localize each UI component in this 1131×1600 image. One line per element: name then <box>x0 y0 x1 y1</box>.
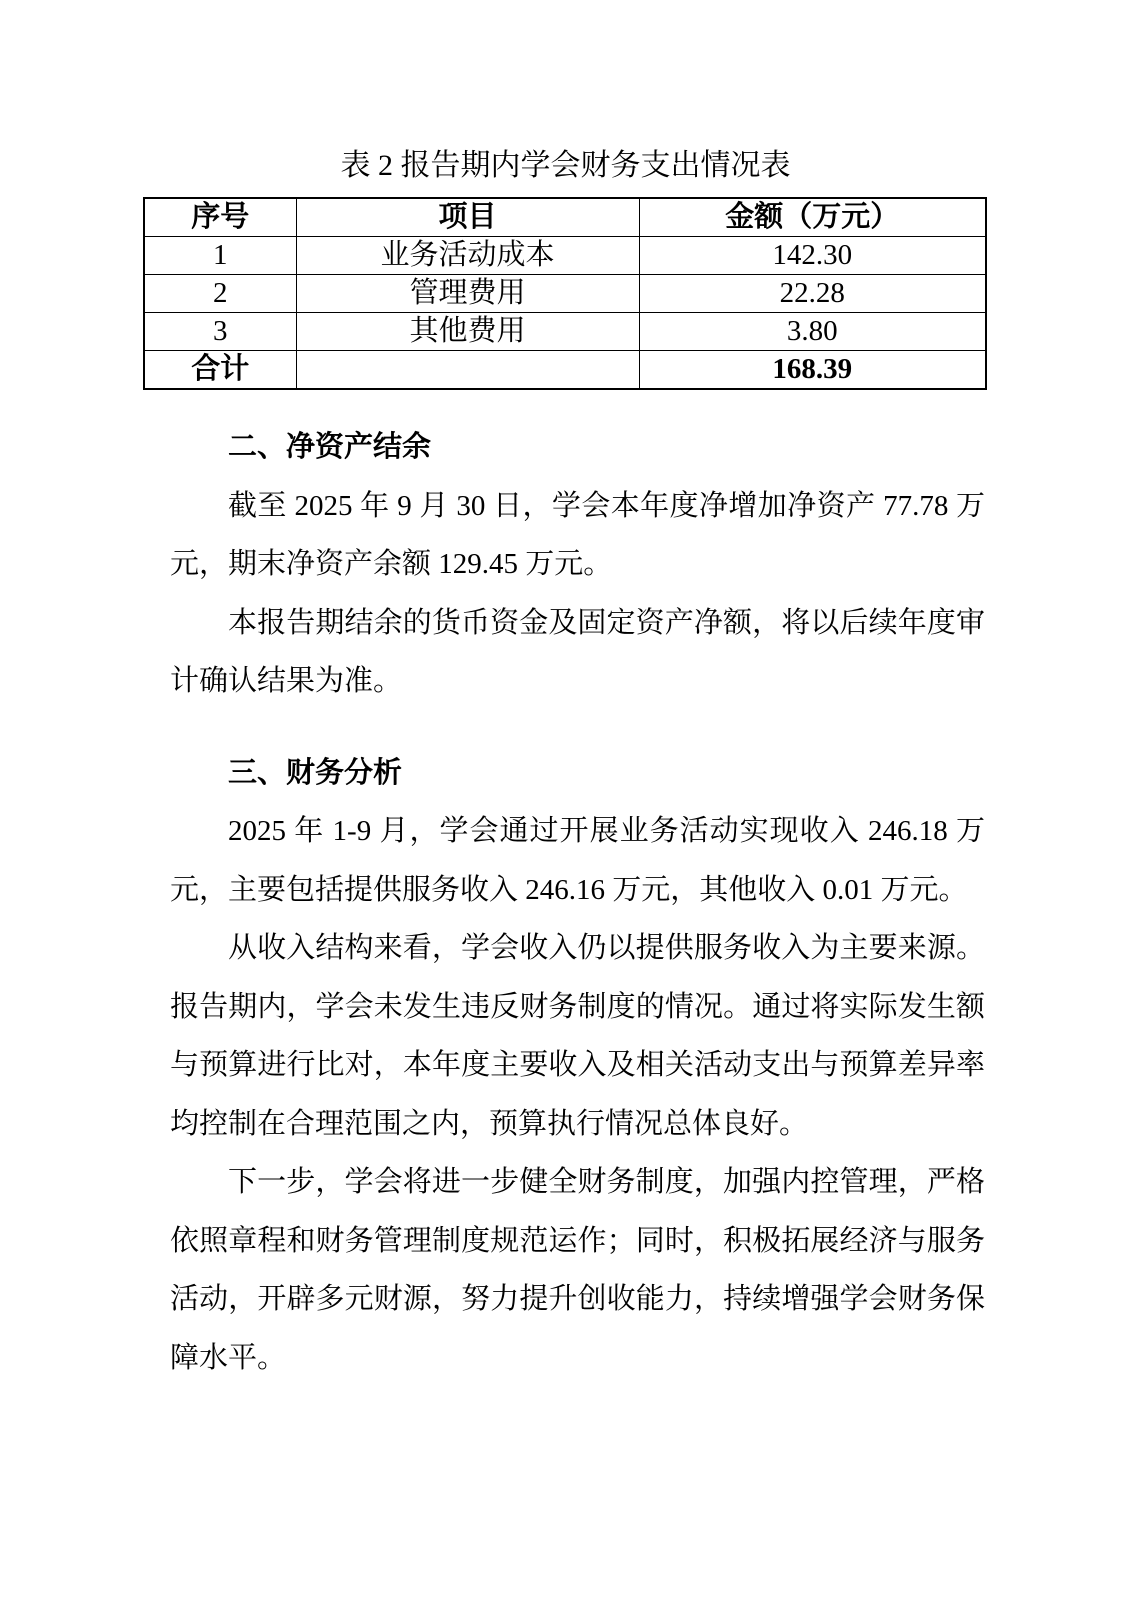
cell-amount: 3.80 <box>639 313 986 351</box>
paragraph: 下一步，学会将进一步健全财务制度，加强内控管理，严格依照章程和财务管理制度规范运… <box>170 1153 985 1387</box>
table-row: 3 其他费用 3.80 <box>144 313 986 351</box>
cell-no: 3 <box>144 313 296 351</box>
section-net-assets: 二、净资产结余 截至 2025 年 9 月 30 日，学会本年度净增加净资产 7… <box>170 418 985 711</box>
cell-amount: 142.30 <box>639 237 986 275</box>
table-header-no: 序号 <box>144 198 296 237</box>
table-header-item: 项目 <box>296 198 639 237</box>
table-row: 2 管理费用 22.28 <box>144 275 986 313</box>
cell-item: 业务活动成本 <box>296 237 639 275</box>
table-caption: 表 2 报告期内学会财务支出情况表 <box>0 146 1131 186</box>
expense-table: 序号 项目 金额（万元） 1 业务活动成本 142.30 2 管理费用 22.2… <box>143 197 987 390</box>
section-heading-financial-analysis: 三、财务分析 <box>170 744 985 803</box>
document-body: 二、净资产结余 截至 2025 年 9 月 30 日，学会本年度净增加净资产 7… <box>170 418 985 1387</box>
table-header-row: 序号 项目 金额（万元） <box>144 198 986 237</box>
cell-item: 其他费用 <box>296 313 639 351</box>
table-total-row: 合计 168.39 <box>144 351 986 390</box>
cell-no: 1 <box>144 237 296 275</box>
paragraph: 从收入结构来看，学会收入仍以提供服务收入为主要来源。报告期内，学会未发生违反财务… <box>170 919 985 1153</box>
total-label: 合计 <box>144 351 296 390</box>
section-heading-net-assets: 二、净资产结余 <box>170 418 985 477</box>
total-amount: 168.39 <box>639 351 986 390</box>
cell-amount: 22.28 <box>639 275 986 313</box>
cell-item: 管理费用 <box>296 275 639 313</box>
paragraph: 截至 2025 年 9 月 30 日，学会本年度净增加净资产 77.78 万元，… <box>170 477 985 594</box>
paragraph: 2025 年 1-9 月，学会通过开展业务活动实现收入 246.18 万元，主要… <box>170 802 985 919</box>
table-header-amount: 金额（万元） <box>639 198 986 237</box>
section-financial-analysis: 三、财务分析 2025 年 1-9 月，学会通过开展业务活动实现收入 246.1… <box>170 744 985 1388</box>
document-page: { "document": { "table_title": "表 2 报告期内… <box>0 0 1131 1600</box>
paragraph: 本报告期结余的货币资金及固定资产净额，将以后续年度审计确认结果为准。 <box>170 594 985 711</box>
cell-no: 2 <box>144 275 296 313</box>
table-row: 1 业务活动成本 142.30 <box>144 237 986 275</box>
total-item <box>296 351 639 390</box>
